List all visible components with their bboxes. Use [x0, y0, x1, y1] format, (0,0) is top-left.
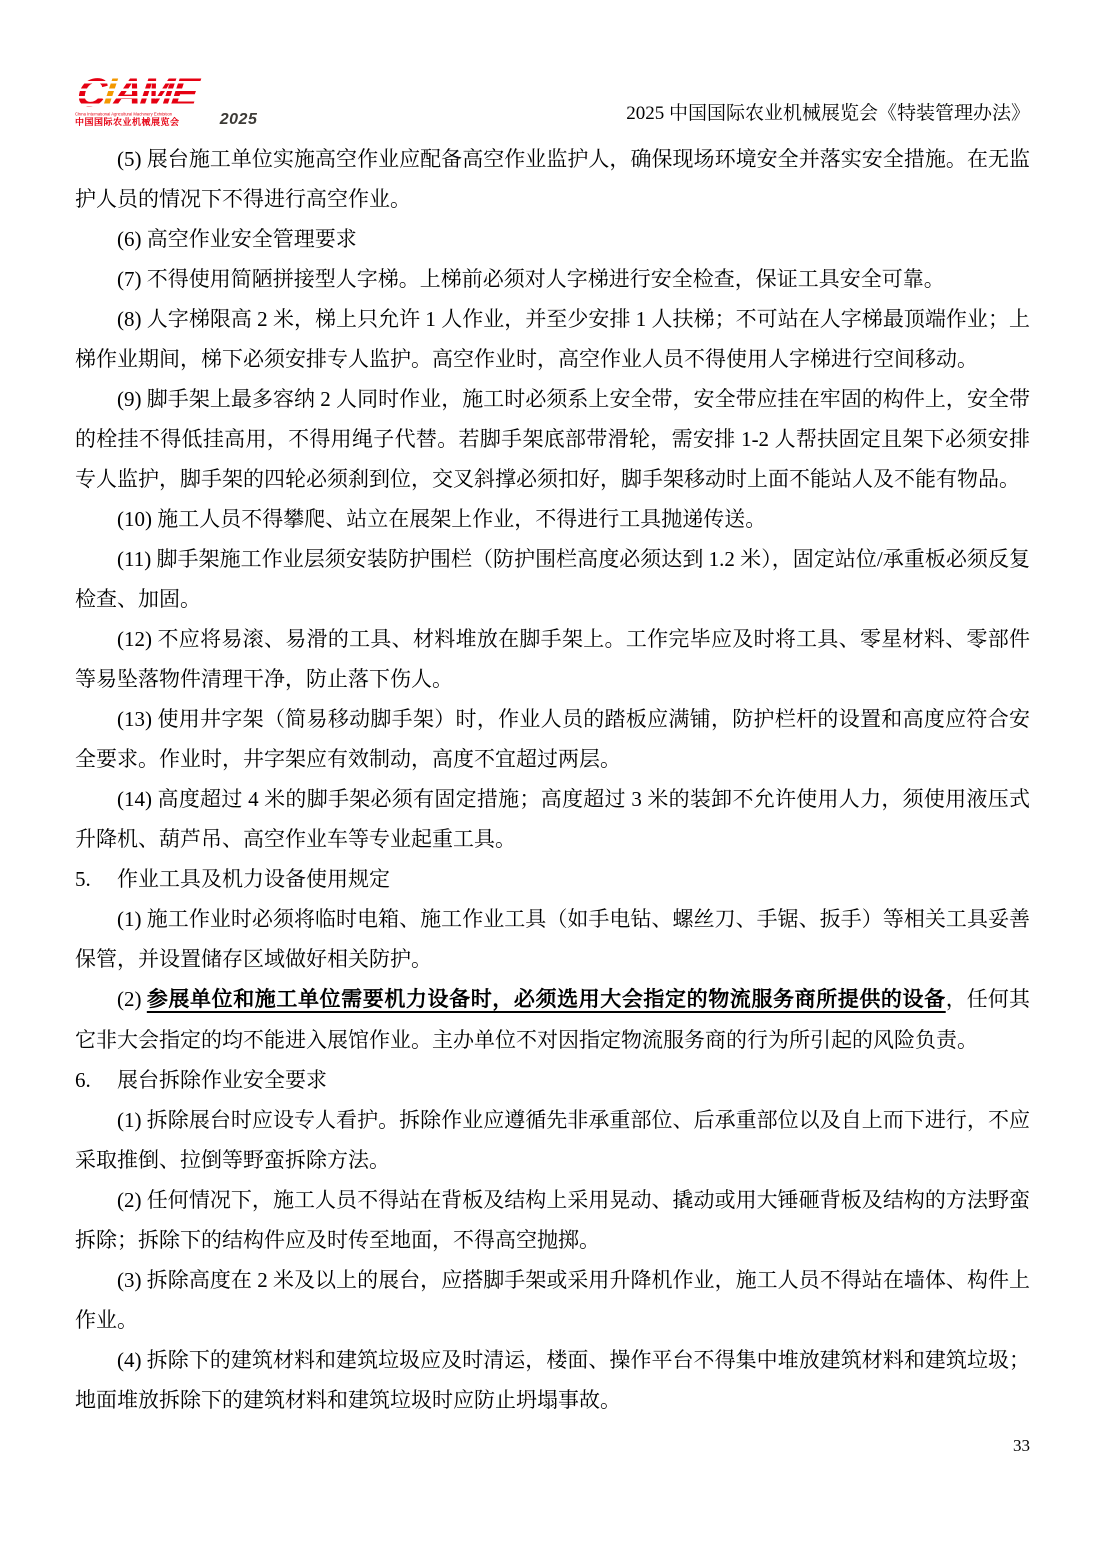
text-segment: (2)	[117, 987, 147, 1011]
text-segment: (10) 施工人员不得攀爬、站立在展架上作业，不得进行工具抛递传送。	[117, 507, 766, 531]
page-header: CIAME China International Agricultural M…	[75, 76, 1030, 127]
text-segment: (6) 高空作业安全管理要求	[117, 227, 357, 251]
section-title: 作业工具及机力设备使用规定	[117, 867, 390, 891]
ciame-logo-wordmark-icon: CIAME	[75, 76, 212, 110]
text-segment: (8) 人字梯限高 2 米，梯上只允许 1 人作业，并至少安排 1 人扶梯；不可…	[75, 307, 1030, 371]
paragraph: (1) 拆除展台时应设专人看护。拆除作业应遵循先非承重部位、后承重部位以及自上而…	[75, 1100, 1030, 1180]
paragraph: (12) 不应将易滚、易滑的工具、材料堆放在脚手架上。工作完毕应及时将工具、零星…	[75, 619, 1030, 699]
paragraph: (9) 脚手架上最多容纳 2 人同时作业，施工时必须系上安全带，安全带应挂在牢固…	[75, 379, 1030, 499]
paragraph: (5) 展台施工单位实施高空作业应配备高空作业监护人，确保现场环境安全并落实安全…	[75, 139, 1030, 219]
text-segment: (13) 使用井字架（简易移动脚手架）时，作业人员的踏板应满铺，防护栏杆的设置和…	[75, 707, 1030, 771]
text-segment: (9) 脚手架上最多容纳 2 人同时作业，施工时必须系上安全带，安全带应挂在牢固…	[75, 387, 1030, 491]
paragraph: (4) 拆除下的建筑材料和建筑垃圾应及时清运，楼面、操作平台不得集中堆放建筑材料…	[75, 1340, 1030, 1420]
paragraph: (11) 脚手架施工作业层须安装防护围栏（防护围栏高度必须达到 1.2 米），固…	[75, 539, 1030, 619]
section-title: 展台拆除作业安全要求	[117, 1068, 327, 1092]
paragraph: (10) 施工人员不得攀爬、站立在展架上作业，不得进行工具抛递传送。	[75, 499, 1030, 539]
text-segment: (3) 拆除高度在 2 米及以上的展台，应搭脚手架或采用升降机作业，施工人员不得…	[75, 1268, 1030, 1332]
emphasized-clause: 参展单位和施工单位需要机力设备时，必须选用大会指定的物流服务商所提供的设备	[147, 988, 946, 1011]
paragraph: (2) 任何情况下，施工人员不得站在背板及结构上采用晃动、撬动或用大锤砸背板及结…	[75, 1180, 1030, 1260]
text-segment: (1) 施工作业时必须将临时电箱、施工作业工具（如手电钻、螺丝刀、手锯、扳手）等…	[75, 907, 1030, 971]
section-number: 5.	[75, 859, 117, 899]
text-segment: (14) 高度超过 4 米的脚手架必须有固定措施；高度超过 3 米的装卸不允许使…	[75, 787, 1030, 851]
paragraph: (3) 拆除高度在 2 米及以上的展台，应搭脚手架或采用升降机作业，施工人员不得…	[75, 1260, 1030, 1340]
text-segment: (2) 任何情况下，施工人员不得站在背板及结构上采用晃动、撬动或用大锤砸背板及结…	[75, 1188, 1030, 1252]
text-segment: (7) 不得使用简陋拼接型人字梯。上梯前必须对人字梯进行安全检查，保证工具安全可…	[117, 267, 945, 291]
paragraph: (7) 不得使用简陋拼接型人字梯。上梯前必须对人字梯进行安全检查，保证工具安全可…	[75, 259, 1030, 299]
logo-tagline-english: China International Agricultural Machine…	[75, 113, 172, 117]
paragraph: (8) 人字梯限高 2 米，梯上只允许 1 人作业，并至少安排 1 人扶梯；不可…	[75, 299, 1030, 379]
ciame-logo: CIAME China International Agricultural M…	[75, 76, 207, 127]
text-segment: (1) 拆除展台时应设专人看护。拆除作业应遵循先非承重部位、后承重部位以及自上而…	[75, 1108, 1030, 1172]
paragraph: (14) 高度超过 4 米的脚手架必须有固定措施；高度超过 3 米的装卸不允许使…	[75, 779, 1030, 859]
text-segment: (5) 展台施工单位实施高空作业应配备高空作业监护人，确保现场环境安全并落实安全…	[75, 147, 1030, 211]
section-number: 6.	[75, 1060, 117, 1100]
paragraph: (2) 参展单位和施工单位需要机力设备时，必须选用大会指定的物流服务商所提供的设…	[75, 979, 1030, 1060]
paragraph: (1) 施工作业时必须将临时电箱、施工作业工具（如手电钻、螺丝刀、手锯、扳手）等…	[75, 899, 1030, 979]
text-segment: (11) 脚手架施工作业层须安装防护围栏（防护围栏高度必须达到 1.2 米），固…	[75, 547, 1030, 611]
section-heading: 6.展台拆除作业安全要求	[75, 1060, 1030, 1100]
document-page: CIAME China International Agricultural M…	[0, 0, 1102, 1559]
logo-letters-ame: AME	[110, 71, 199, 115]
document-body: (5) 展台施工单位实施高空作业应配备高空作业监护人，确保现场环境安全并落实安全…	[75, 139, 1030, 1420]
paragraph: (13) 使用井字架（简易移动脚手架）时，作业人员的踏板应满铺，防护栏杆的设置和…	[75, 699, 1030, 779]
logo-year: 2025	[220, 112, 258, 127]
document-title: 2025 中国国际农业机械展览会《特装管理办法》	[626, 102, 1030, 127]
text-segment: (12) 不应将易滚、易滑的工具、材料堆放在脚手架上。工作完毕应及时将工具、零星…	[75, 627, 1030, 691]
section-heading: 5.作业工具及机力设备使用规定	[75, 859, 1030, 899]
text-segment: (4) 拆除下的建筑材料和建筑垃圾应及时清运，楼面、操作平台不得集中堆放建筑材料…	[75, 1348, 1030, 1412]
page-number: 33	[1013, 1436, 1030, 1456]
paragraph: (6) 高空作业安全管理要求	[75, 219, 1030, 259]
logo-tagline-chinese: 中国国际农业机械展览会	[75, 117, 214, 127]
